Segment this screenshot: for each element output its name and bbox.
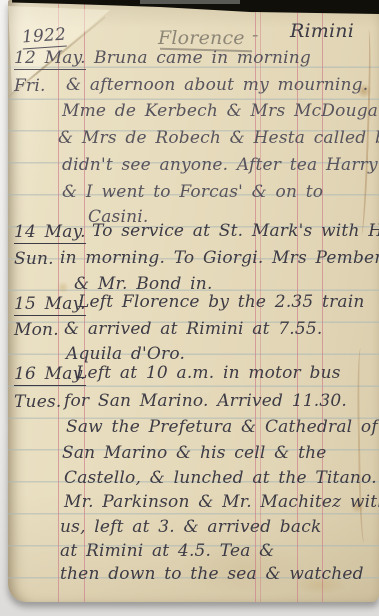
entry-date-text: 16 May. [14,364,86,386]
diary-line: then down to the sea & watched [60,564,364,584]
photo-of-diary-page: 1922 Florence - Rimini 12 May. Fri. Brun… [0,0,379,616]
entry-date-text: 15 May. [14,294,86,316]
diary-line: in morning. To Giorgi. Mrs Pemberton [60,248,379,268]
diary-line: & Mr. Bond in. [74,274,213,294]
diary-line: To service at St. Mark's with H. [92,221,379,241]
entry-day: Tues. [14,392,61,412]
header-origin: Florence [158,27,245,49]
diary-line: & arrived at Rimini at 7.55. [64,319,323,339]
year-label: 1922 [21,24,66,47]
entry-date: 12 May. [14,48,86,68]
entry-day: Sun. [14,249,54,269]
diary-line: Aquila d'Oro. [66,344,185,364]
diary-line: Bruna came in morning [94,48,311,68]
diary-line: San Marino & his cell & the [62,443,327,463]
diary-line: for San Marino. Arrived 11.30. [64,391,347,411]
diary-line: Mme de Kerbech & Mrs McDougall [62,101,379,121]
entry-date: 14 May. [14,222,86,242]
year-text: 1922 [21,24,67,49]
diary-line: & afternoon about my mourning. [66,75,368,95]
photo-background-edge-highlight [140,0,240,4]
diary-line: Saw the Prefetura & Cathedral of [66,417,378,437]
diary-line: didn't see anyone. After tea Harry [62,155,378,175]
diary-line: Castello, & lunched at the Titano. [64,468,377,488]
header-dash: - [252,24,259,46]
entry-date: 15 May. [14,294,86,314]
entry-date: 16 May. [14,364,86,384]
diary-line: Left Florence by the 2.35 train [78,292,365,312]
diary-line: & Mrs de Robech & Hesta called but I [58,128,379,148]
diary-line: us, left at 3. & arrived back [60,517,321,537]
entry-date-text: 12 May. [14,48,86,70]
diary-line: at Rimini at 4.5. Tea & [60,541,275,561]
header-destination: Rimini [290,20,354,42]
entry-date-text: 14 May. [14,222,86,244]
entry-day: Fri. [14,76,46,96]
diary-line: Mr. Parkinson & Mr. Machitez with [64,492,379,512]
diary-line: & I went to Forcas' & on to [62,182,323,202]
stain [56,282,70,293]
diary-line: Left at 10 a.m. in motor bus [76,363,341,383]
entry-day: Mon. [14,320,59,340]
